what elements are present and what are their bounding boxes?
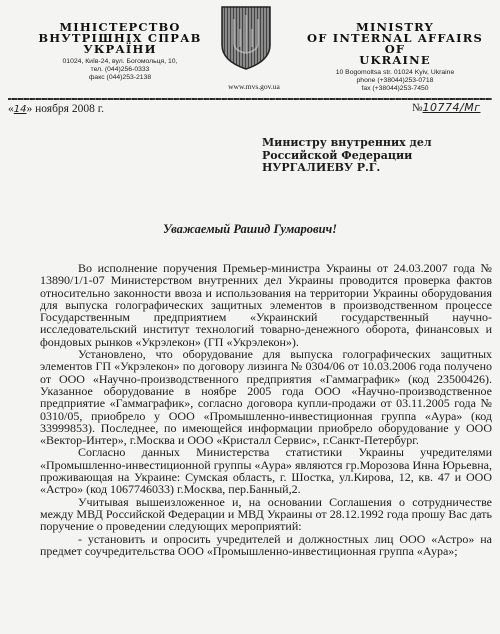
date-month-year: » ноября 2008 г. xyxy=(26,103,104,115)
body-paragraph: Во исполнение поручения Премьер-министра… xyxy=(40,262,492,348)
body-paragraph: Согласно данных Министерства статистики … xyxy=(40,446,492,495)
letter-body: Во исполнение поручения Премьер-министра… xyxy=(40,262,492,557)
ministry-name-ua: МІНІСТЕРСТВО ВНУТРІШНІХ СПРАВ УКРАЇНИ xyxy=(30,22,210,55)
ministry-address-en: 10 Bogomoltsa str. 01024 Kyiv, Ukraine p… xyxy=(295,69,495,93)
fax-line: fax (+38044)253-7450 xyxy=(295,85,495,93)
request-list-item: - установить и опросить учредителей и до… xyxy=(40,533,492,558)
trident-coat-of-arms-icon xyxy=(218,3,274,71)
reg-number-handwritten: 10774/Мг xyxy=(423,101,481,114)
ministry-address-ua: 01024, Київ-24, вул. Богомольця, 10, тел… xyxy=(30,58,210,82)
body-paragraph: Установлено, что оборудование для выпуск… xyxy=(40,348,492,446)
phone-line: тел. (044)256-0333 xyxy=(30,66,210,74)
addressee-block: Министру внутренних дел Российской Федер… xyxy=(262,137,432,175)
title-line: OF INTERNAL AFFAIRS OF xyxy=(295,33,495,55)
letterhead-divider xyxy=(8,98,492,100)
body-paragraph: Учитывая вышеизложенное и, на основании … xyxy=(40,496,492,533)
ministry-name-en: MINISTRY OF INTERNAL AFFAIRS OF UKRAINE xyxy=(295,22,495,66)
title-line: UKRAINE xyxy=(295,55,495,66)
letterhead-ukrainian: МІНІСТЕРСТВО ВНУТРІШНІХ СПРАВ УКРАЇНИ 01… xyxy=(30,22,210,82)
registration-number: №10774/Мг xyxy=(412,101,480,114)
address-line: 10 Bogomoltsa str. 01024 Kyiv, Ukraine xyxy=(295,69,495,77)
ministry-website: www.mvs.gov.ua xyxy=(214,82,294,91)
phone-line: phone (+38044)253-0718 xyxy=(295,77,495,85)
addressee-name: НУРГАЛИЕВУ Р.Г. xyxy=(262,162,432,175)
salutation: Уважаемый Рашид Гумарович! xyxy=(0,222,500,237)
date-day-handwritten: 14 xyxy=(14,104,27,115)
letterhead-english: MINISTRY OF INTERNAL AFFAIRS OF UKRAINE … xyxy=(295,22,495,93)
title-line: УКРАЇНИ xyxy=(30,44,210,55)
letter-page: МІНІСТЕРСТВО ВНУТРІШНІХ СПРАВ УКРАЇНИ 01… xyxy=(0,0,500,634)
addressee-position: Министру внутренних дел xyxy=(262,137,432,150)
fax-line: факс (044)253-2138 xyxy=(30,74,210,82)
letter-date: «14» ноября 2008 г. xyxy=(8,103,104,115)
number-sign: № xyxy=(412,102,423,114)
address-line: 01024, Київ-24, вул. Богомольця, 10, xyxy=(30,58,210,66)
